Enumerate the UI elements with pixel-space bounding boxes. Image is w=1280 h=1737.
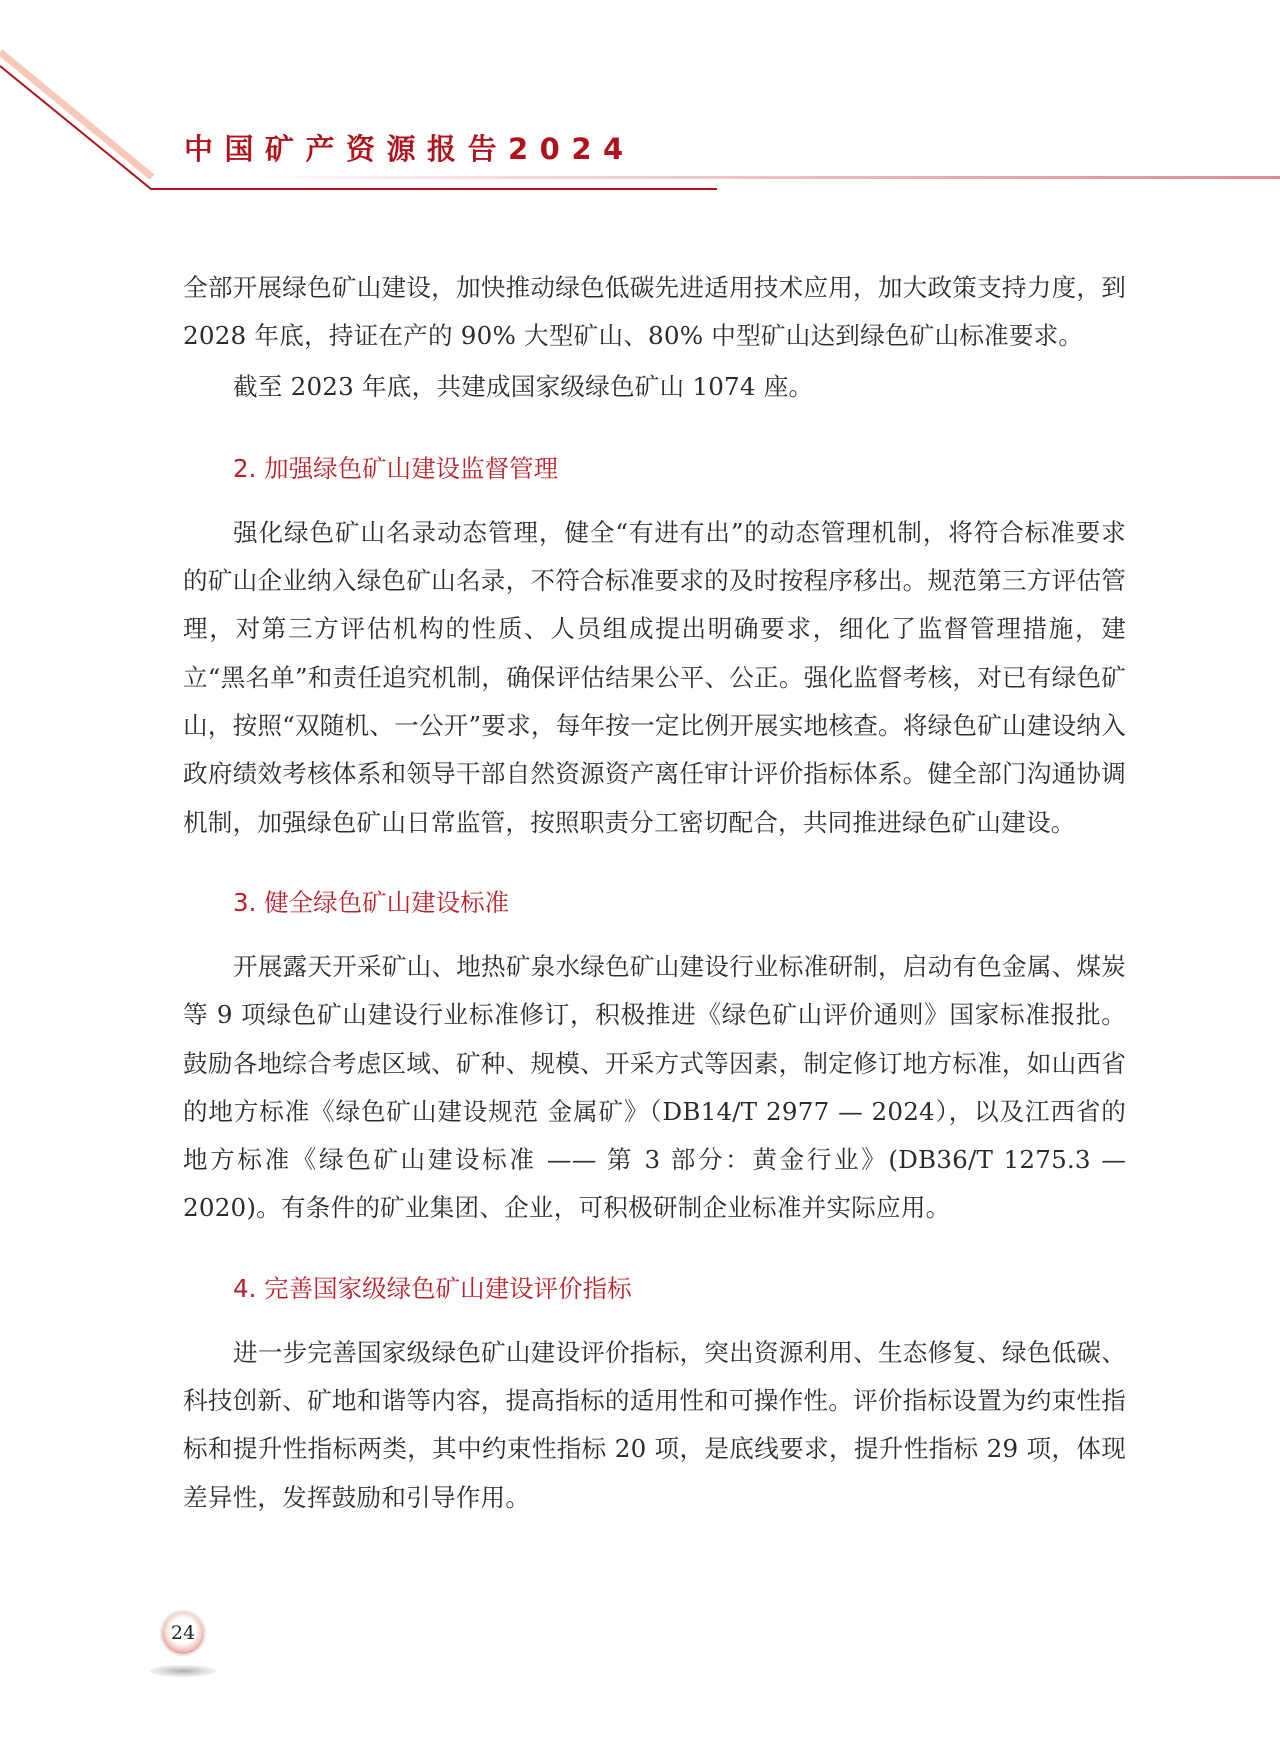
intro-paragraph-1: 全部开展绿色矿山建设，加快推动绿色低碳先进适用技术应用，加大政策支持力度，到 2…	[183, 264, 1126, 361]
pink-diagonal-stripe	[0, 52, 152, 177]
header-decoration	[0, 0, 1280, 200]
section-heading-3: 3. 健全绿色矿山建设标准	[183, 883, 1126, 923]
red-diagonal-rule	[0, 66, 717, 189]
section-paragraph-2: 强化绿色矿山名录动态管理，健全“有进有出”的动态管理机制，将符合标准要求的矿山企…	[183, 509, 1126, 847]
page-badge-shadow	[150, 1665, 216, 1677]
intro-paragraph-2: 截至 2023 年底，共建成国家级绿色矿山 1074 座。	[183, 363, 1126, 411]
running-title: 中国矿产资源报告2024	[184, 129, 635, 169]
page-content: 全部开展绿色矿山建设，加快推动绿色低碳先进适用技术应用，加大政策支持力度，到 2…	[183, 264, 1126, 1522]
section-paragraph-3: 开展露天开采矿山、地热矿泉水绿色矿山建设行业标准研制，启动有色金属、煤炭等 9 …	[183, 943, 1126, 1233]
page-number-badge: 24	[160, 1610, 206, 1656]
section-heading-4: 4. 完善国家级绿色矿山建设评价指标	[183, 1269, 1126, 1309]
page-number: 24	[171, 1622, 195, 1644]
gradient-rule	[250, 176, 1280, 179]
section-paragraph-4: 进一步完善国家级绿色矿山建设评价指标，突出资源利用、生态修复、绿色低碳、科技创新…	[183, 1329, 1126, 1522]
section-heading-2: 2. 加强绿色矿山建设监督管理	[183, 449, 1126, 489]
